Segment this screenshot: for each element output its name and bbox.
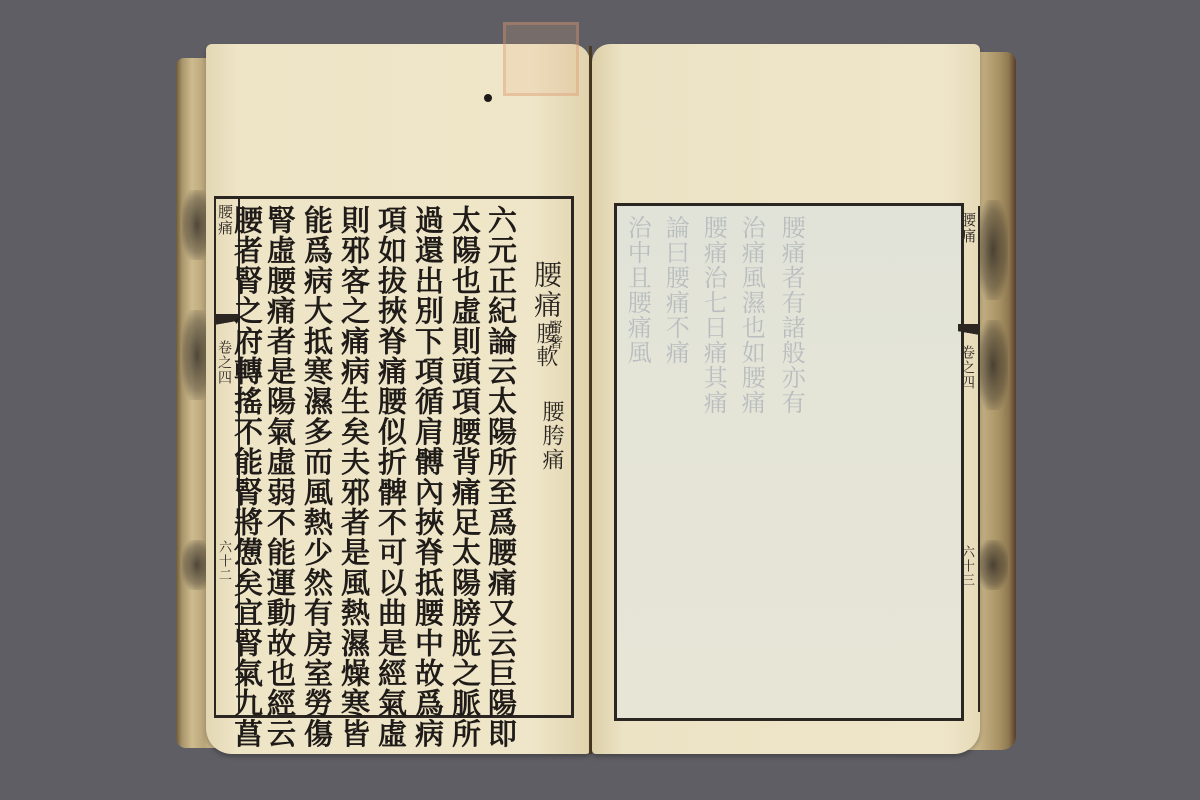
right-margin-page-number: 六十三 <box>960 545 973 587</box>
title-note-2: 腰軟 <box>534 322 556 368</box>
edge-ink-smudge <box>978 540 1008 590</box>
show-through-column-3: 腰痛治七日痛其痛 <box>700 215 725 415</box>
text-column-7: 腎虛腰痛者是陽氣虛弱不能運動故也經云 <box>265 205 294 749</box>
right-margin-title: 腰痛 <box>960 212 975 244</box>
chapter-title: 腰痛 <box>532 260 560 320</box>
open-book: 腰痛 卷之四 六十二 腰痛 腎著 腰軟 腰胯痛 六元正紀論云太陽所至爲腰痛又云巨… <box>0 0 1200 800</box>
left-margin-volume: 卷之四 <box>217 340 231 385</box>
show-through-column-1: 腰痛者有諸般亦有 <box>778 215 803 415</box>
left-margin-page-number: 六十二 <box>217 540 230 582</box>
show-through-column-5: 治中且腰痛風 <box>624 215 649 365</box>
right-margin-volume: 卷之四 <box>960 345 974 390</box>
seal-stamp <box>503 22 579 96</box>
text-column-2: 太陽也虛則頭項腰背痛足太陽膀胱之脈所 <box>450 205 479 749</box>
ink-spot <box>484 94 492 102</box>
text-column-8: 腰者腎之府轉搖不能腎將憊矣宜腎氣九菖 <box>232 205 261 749</box>
text-column-3: 過還出別下項循肩髆內挾脊抵腰中故爲病 <box>413 205 442 749</box>
text-column-6: 能爲病大抵寒濕多而風熱少然有房室勞傷 <box>302 205 331 749</box>
text-column-4: 項如拔挾脊痛腰似折髀不可以曲是經氣虛 <box>376 205 405 749</box>
secondary-title: 腰胯痛 <box>540 400 562 472</box>
show-through-column-2: 治痛風濕也如腰痛 <box>738 215 763 415</box>
edge-ink-smudge <box>978 200 1008 300</box>
show-through-column-4: 論曰腰痛不痛 <box>662 215 687 365</box>
text-column-5: 則邪客之痛病生矣夫邪者是風熱濕燥寒皆 <box>339 205 368 749</box>
text-column-1: 六元正紀論云太陽所至爲腰痛又云巨陽即 <box>486 205 515 749</box>
right-margin-column <box>958 206 980 712</box>
edge-ink-smudge <box>978 320 1008 410</box>
fish-tail-mark <box>958 324 978 344</box>
